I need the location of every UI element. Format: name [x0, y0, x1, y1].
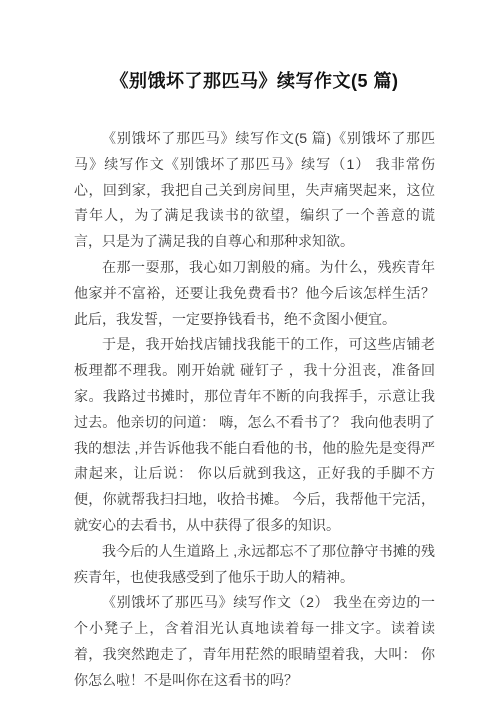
page-number: 1	[0, 646, 496, 656]
paragraph-1: 《别饿坏了那匹马》续写作文(5 篇)《别饿坏了那匹马》续写作文《别饿坏了那匹马》…	[74, 126, 435, 255]
paragraph-3: 于是，我开始找店铺找我能干的工作，可这些店铺老板理都不理我。刚开始就 碰钉子 ，…	[74, 332, 435, 538]
paragraph-5: 《别饿坏了那匹马》续写作文（2） 我坐在旁边的一个小凳子上，含着泪光认真地读着每…	[74, 590, 435, 693]
paragraph-4: 我今后的人生道路上 ,永远都忘不了那位静守书摊的残疾青年，也使我感受到了他乐于助…	[74, 539, 435, 591]
document-title: 《别饿坏了那匹马》续写作文(5 篇)	[74, 68, 435, 94]
document-page: 《别饿坏了那匹马》续写作文(5 篇) 《别饿坏了那匹马》续写作文(5 篇)《别饿…	[0, 0, 496, 702]
document-body: 《别饿坏了那匹马》续写作文(5 篇)《别饿坏了那匹马》续写作文《别饿坏了那匹马》…	[74, 126, 435, 694]
paragraph-2: 在那一耍那，我心如刀割般的痛。为什么，残疾青年他家并不富裕，还要让我免费看书？他…	[74, 255, 435, 332]
